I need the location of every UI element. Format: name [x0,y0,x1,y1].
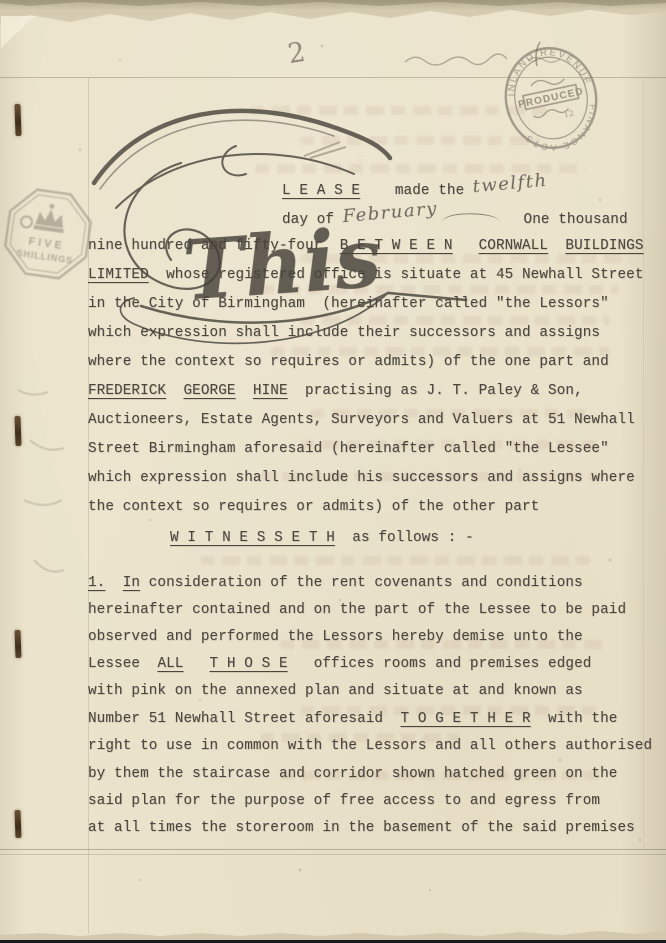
text-line: nine hundred and fifty-four B E T W E E … [88,238,644,254]
document-scan: 2 INLAND REVENUE FINANCE ACTS PRODUCED 1… [0,0,666,943]
heading-line-2: day of February One thousand [282,210,628,228]
text-line: LIMITED whose registered office is situa… [88,267,644,283]
right-crease [643,80,644,850]
text-line: Number 51 Newhall Street aforesaid T O G… [88,711,617,727]
text-line: where the context so requires or admits)… [88,354,609,370]
text-line: hereinafter contained and on the part of… [88,602,626,618]
text-line: Street Birmingham aforesaid (hereinafter… [88,441,609,457]
text-line: at all times the storeroom in the baseme… [88,820,635,836]
staple [14,416,21,446]
stamp-shillings-text: SHILLINGS [16,248,74,266]
text-line: Lessee ALL T H O S E offices rooms and p… [88,656,591,672]
staple [14,104,21,136]
text-line: which expression shall include their suc… [88,325,600,341]
crown-icon [35,207,65,228]
staple [15,630,22,658]
staple [15,810,22,838]
stamp-date: 12 [563,109,575,120]
text-line: FREDERICK GEORGE HINE practising as J. T… [88,383,583,399]
heading-line-1: L E A S E made the twelfth [282,181,548,199]
five-shillings-duty-stamp: FIVE SHILLINGS [2,184,96,286]
text-line: said plan for the purpose of free access… [88,793,600,809]
text-line: 1. In consideration of the rent covenant… [88,575,583,591]
text-line: which expression shall include his succe… [88,470,635,486]
text-line: right to use in common with the Lessors … [88,738,652,754]
text-line: Auctioneers, Estate Agents, Surveyors an… [88,412,635,428]
handwriting-flourish [442,211,500,225]
text-line: observed and performed the Lessors hereb… [88,629,583,645]
text-line: in the City of Birmingham (hereinafter c… [88,296,609,312]
handwritten-word: twelfth [472,173,548,195]
text-line: the context so requires or admits) of th… [88,499,539,515]
handwritten-word: February [342,201,438,225]
text-line: with pink on the annexed plan and situat… [88,683,583,699]
text-line: by them the staircase and corridor shown… [88,766,617,782]
witnesseth-line: W I T N E S S E T H as follows : - [170,530,474,546]
inland-revenue-produced-stamp: INLAND REVENUE FINANCE ACTS PRODUCED 12 [496,40,606,156]
fold-crease-bottom [0,849,666,855]
